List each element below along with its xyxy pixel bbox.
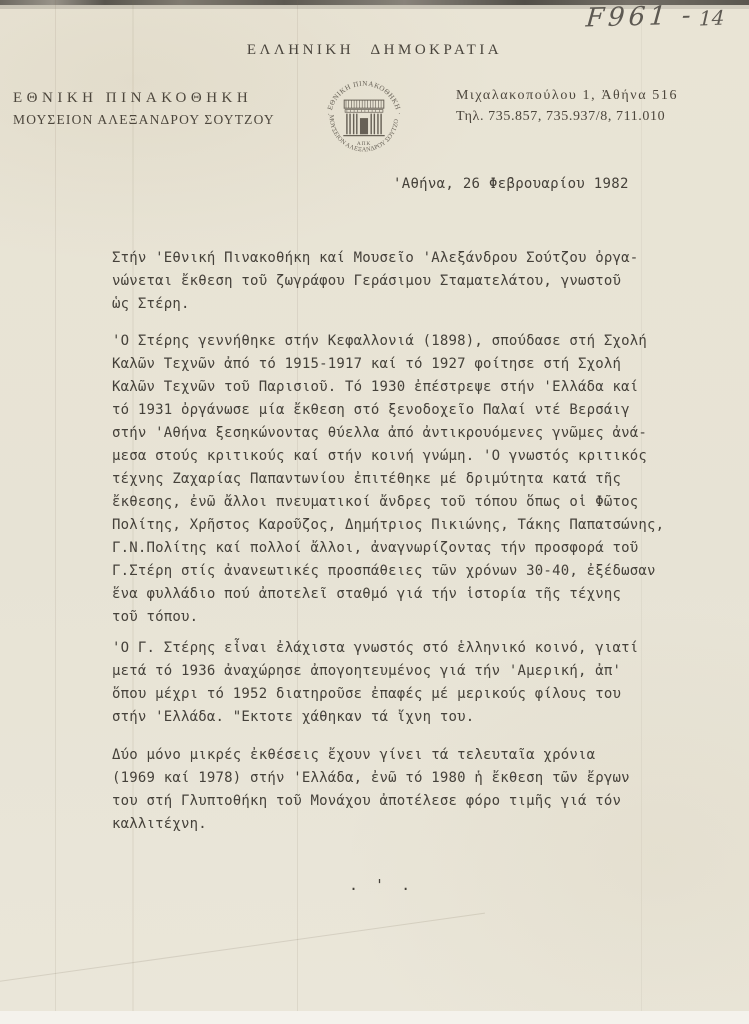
organization-name-line2: ΜΟΥΣΕΙΟΝ ΑΛΕΞΑΝΔΡΟΥ ΣΟΥΤΖΟΥ — [13, 112, 275, 128]
organization-name: ΕΘΝΙΚΗ ΠΙΝΑΚΟΘΗΚΗ ΜΟΥΣΕΙΟΝ ΑΛΕΞΑΝΔΡΟΥ ΣΟ… — [13, 90, 275, 128]
closing-mark: . ' . — [349, 876, 414, 894]
paragraph-1: Στήν 'Εθνική Πινακοθήκη καί Μουσεῖο 'Αλε… — [112, 247, 692, 316]
republic-title: ΕΛΛΗΝΙΚΗ ΔΗΜΟΚΡΑΤΙΑ — [0, 42, 749, 59]
svg-text:· ΕΘΝΙΚΗ ΠΙΝΑΚΟΘΗΚΗ ·: · ΕΘΝΙΚΗ ΠΙΝΑΚΟΘΗΚΗ · — [325, 80, 403, 116]
paper-crease-diagonal — [0, 913, 485, 986]
address-phones: Τηλ. 735.857, 735.937/8, 711.010 — [456, 109, 678, 125]
paragraph-4: Δύο μόνο μικρές ἐκθέσεις ἔχουν γίνει τά … — [112, 744, 692, 836]
page-number-handwritten: 14 — [699, 6, 725, 31]
archive-reference-handwritten: F961 - — [585, 1, 696, 34]
scan-background — [0, 1011, 749, 1024]
museum-seal: · ΕΘΝΙΚΗ ΠΙΝΑΚΟΘΗΚΗ · ΜΟΥΣΕΙΟΝ ΑΛΕΞΑΝΔΡΟ… — [319, 72, 409, 166]
organization-name-line1: ΕΘΝΙΚΗ ΠΙΝΑΚΟΘΗΚΗ — [13, 90, 275, 107]
paragraph-2: 'Ο Στέρης γεννήθηκε στήν Κεφαλλονιά (189… — [112, 330, 692, 629]
letterhead-address: Μιχαλακοπούλου 1, Ἀθήνα 516 Τηλ. 735.857… — [456, 88, 678, 125]
seal-caption: ΑΠΚ — [357, 141, 371, 147]
seal-ring-text-top: · ΕΘΝΙΚΗ ΠΙΝΑΚΟΘΗΚΗ · — [325, 80, 403, 116]
paper-crease — [55, 0, 56, 1011]
scanned-letter: F961 - 14 ΕΛΛΗΝΙΚΗ ΔΗΜΟΚΡΑΤΙΑ ΕΘΝΙΚΗ ΠΙΝ… — [0, 0, 749, 1024]
letter-page: F961 - 14 ΕΛΛΗΝΙΚΗ ΔΗΜΟΚΡΑΤΙΑ ΕΘΝΙΚΗ ΠΙΝ… — [0, 0, 749, 1011]
paragraph-3: 'Ο Γ. Στέρης εἶναι ἐλάχιστα γνωστός στό … — [112, 637, 692, 729]
dateline: 'Αθήνα, 26 Φεβρουαρίου 1982 — [393, 176, 629, 192]
address-street: Μιχαλακοπούλου 1, Ἀθήνα 516 — [456, 88, 678, 104]
seal-building-icon — [343, 100, 384, 136]
